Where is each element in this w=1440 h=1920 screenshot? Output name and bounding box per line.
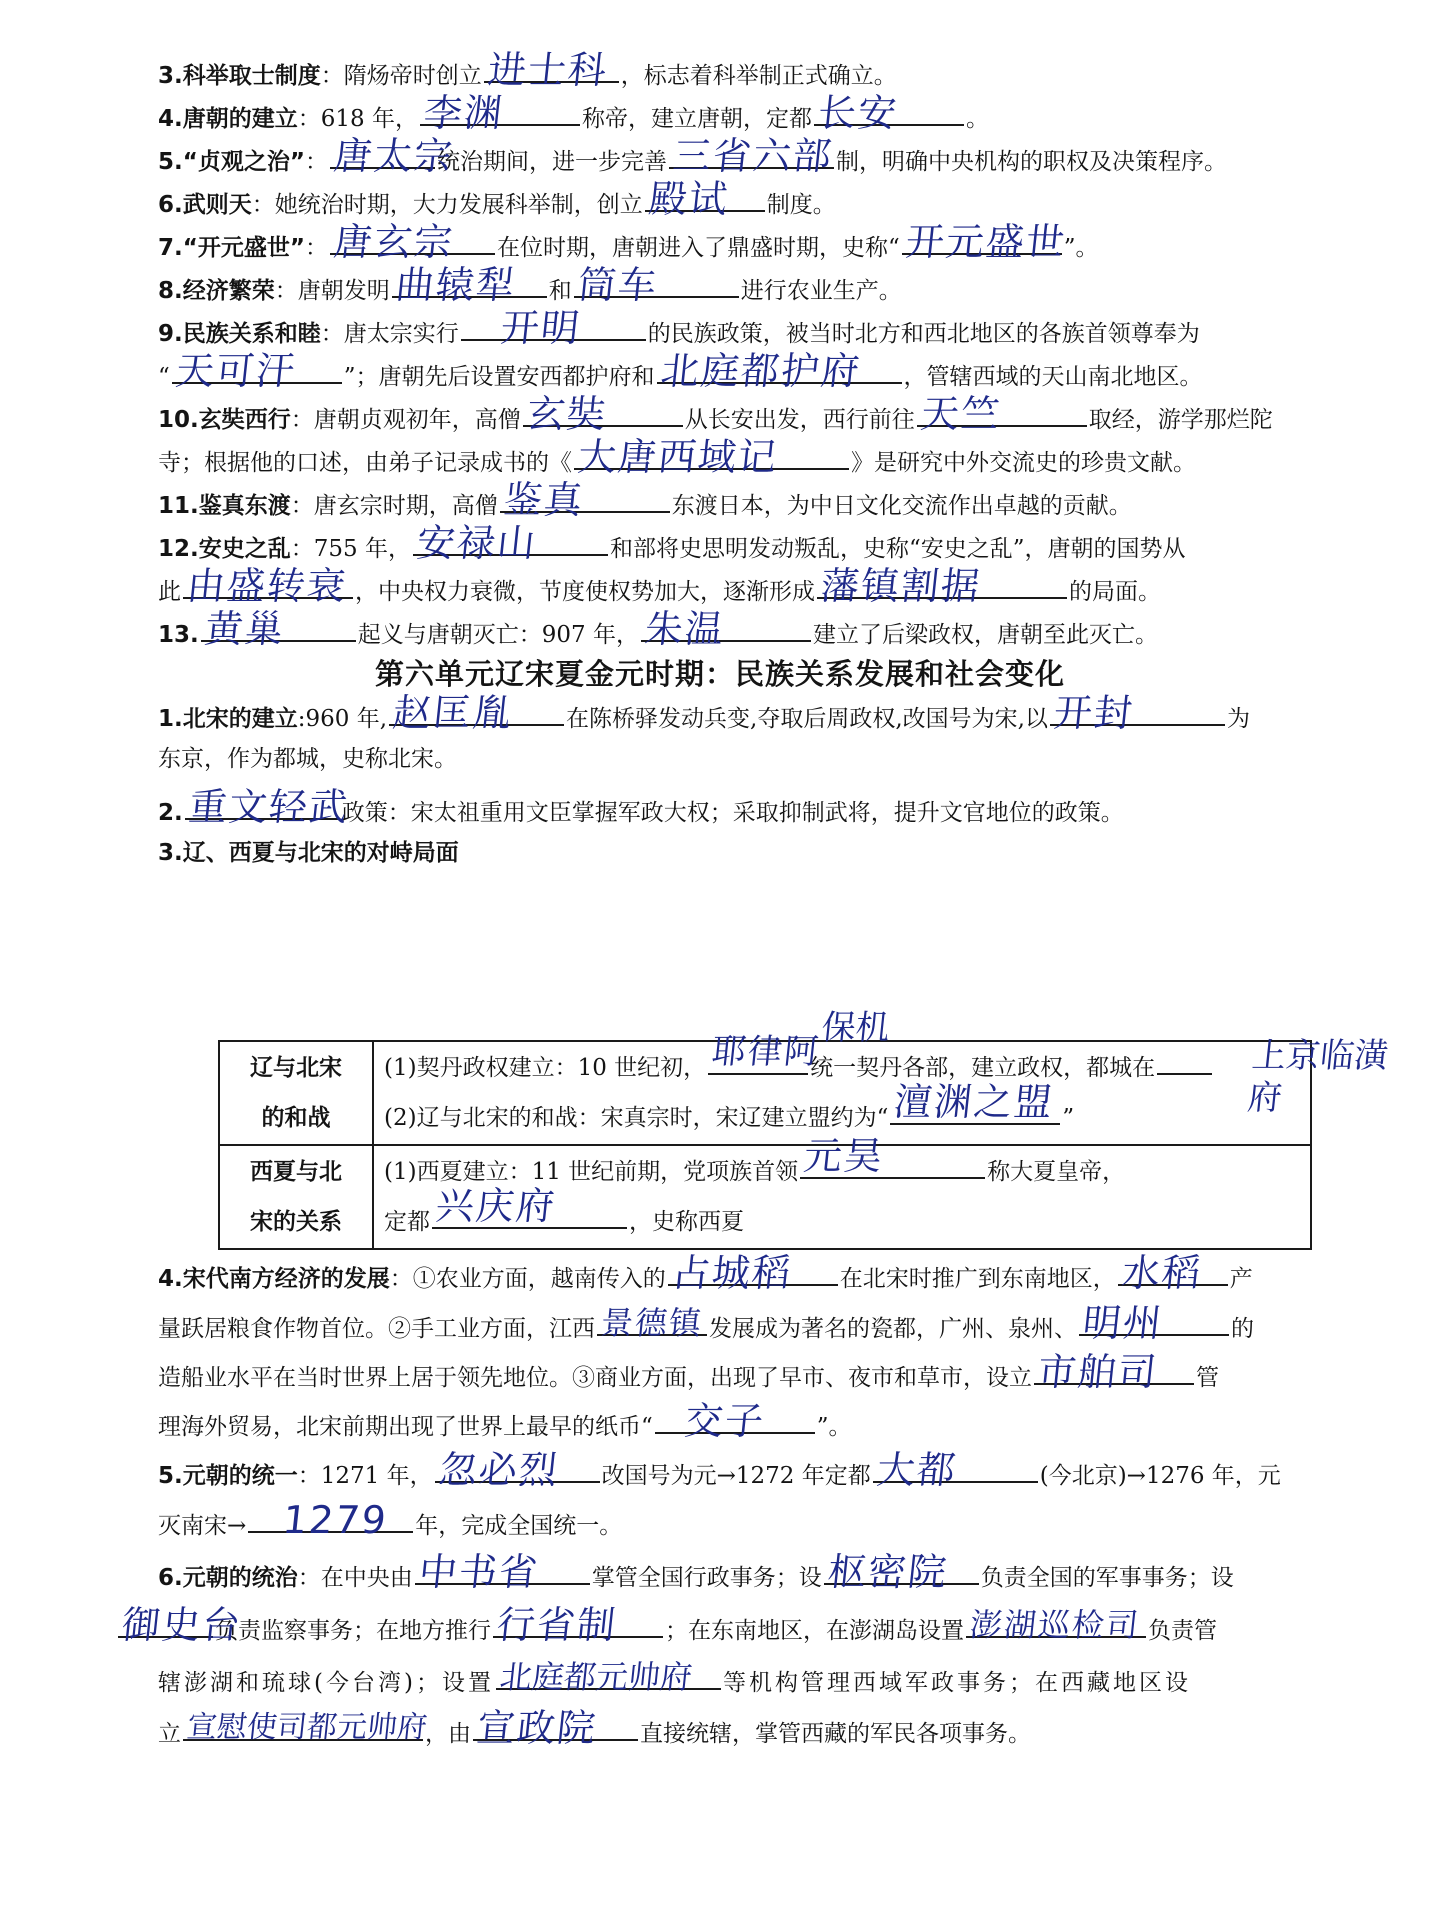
table-row: 辽与北宋 的和战 (1)契丹政权建立：10 世纪初，耶律阿统一契丹各部，建立政权…: [219, 1041, 1311, 1145]
row-label-xixia: 西夏与北 宋的关系: [219, 1145, 373, 1249]
item-6-continued-1: 御史台负责监察事务；在地方推行行省制；在东南地区，在澎湖岛设置澎湖巡检司负责管: [158, 1610, 1392, 1646]
answer-blank[interactable]: 天竺: [917, 399, 1087, 427]
item-4-tang-founding: 4.唐朝的建立：618 年，李渊称帝，建立唐朝，定都长安。: [158, 98, 1392, 134]
item-4-continued-3: 理海外贸易，北宋前期出现了世界上最早的纸币“交子”。: [158, 1406, 1392, 1442]
item-6-continued-2: 辖澎湖和琉球(今台湾)；设置北庭都元帅府等机构管理西域军政事务；在西藏地区设: [158, 1662, 1392, 1698]
item-10-xuanzang: 10.玄奘西行：唐朝贞观初年，高僧玄奘从长安出发，西行前往天竺取经，游学那烂陀: [158, 399, 1392, 435]
liao-line-1: (1)契丹政权建立：10 世纪初，耶律阿统一契丹各部，建立政权，都城在: [384, 1043, 1300, 1093]
answer-blank[interactable]: 李渊: [420, 98, 580, 126]
item-8-economy: 8.经济繁荣：唐朝发明曲辕犁和筒车进行农业生产。: [158, 270, 1392, 306]
answer-blank[interactable]: 兴庆府: [432, 1201, 627, 1229]
item-12-continued: 此由盛转衰，中央权力衰微，节度使权势加大，逐渐形成藩镇割据的局面。: [158, 571, 1392, 607]
answer-blank[interactable]: 中书省: [415, 1557, 590, 1585]
row-label-liao: 辽与北宋 的和战: [219, 1041, 373, 1145]
answer-blank[interactable]: 藩镇割据: [817, 571, 1067, 599]
answer-blank[interactable]: 殿试: [645, 184, 765, 212]
answer-blank[interactable]: 市舶司: [1034, 1357, 1194, 1385]
answer-blank[interactable]: 耶律阿: [708, 1047, 808, 1075]
answer-blank[interactable]: 天可汗: [172, 356, 342, 384]
item-6-yuan-rule: 6.元朝的统治：在中央由中书省掌管全国行政事务；设枢密院负责全国的军事事务；设: [158, 1557, 1392, 1593]
answer-blank[interactable]: 朱温: [641, 614, 811, 642]
answer-blank[interactable]: 筒车: [574, 270, 739, 298]
answer-blank[interactable]: 忽必烈: [435, 1455, 600, 1483]
answer-blank[interactable]: 宣政院: [473, 1713, 638, 1741]
answer-blank[interactable]: 开元盛世: [902, 227, 1062, 255]
answer-blank[interactable]: 宣慰使司都元帅府: [183, 1713, 423, 1741]
answer-blank[interactable]: 北庭都元帅府: [496, 1662, 721, 1690]
item-7-kaiyuan: 7.“开元盛世”：唐玄宗在位时期，唐朝进入了鼎盛时期，史称“开元盛世”。: [158, 227, 1392, 263]
item-5-continued: 灭南宋→1279年，完成全国统一。: [158, 1505, 1392, 1541]
item-2-policy: 2.重文轻武政策：宋太祖重用文臣掌握军政大权；采取抑制武将，提升文官地位的政策。: [158, 792, 1392, 828]
item-13-huangchao: 13.黄巢起义与唐朝灭亡：907 年，朱温建立了后梁政权，唐朝至此灭亡。: [158, 614, 1392, 650]
item-9-continued: “天可汗”；唐朝先后设置安西都护府和北庭都护府，管辖西域的天山南北地区。: [158, 356, 1392, 392]
item-4-southern-economy: 4.宋代南方经济的发展：①农业方面，越南传入的占城稻在北宋时推广到东南地区，水稻…: [158, 1258, 1392, 1294]
handwriting-overflow-top: 保机: [819, 1000, 892, 1049]
answer-blank[interactable]: 澶渊之盟: [890, 1097, 1060, 1125]
answer-blank[interactable]: 交子: [655, 1406, 815, 1434]
item-4-continued-2: 造船业水平在当时世界上居于领先地位。③商业方面，出现了早市、夜市和草市，设立市舶…: [158, 1357, 1392, 1393]
answer-blank[interactable]: 澎湖巡检司: [966, 1610, 1146, 1638]
answer-blank[interactable]: 占城稻: [668, 1258, 838, 1286]
answer-blank[interactable]: 行省制: [493, 1610, 663, 1638]
answer-blank[interactable]: 鉴真: [500, 485, 670, 513]
item-6-wuzetian: 6.武则天：她统治时期，大力发展科举制，创立殿试制度。: [158, 184, 1392, 220]
row-content-xixia: (1)西夏建立：11 世纪前期，党项族首领元昊称大夏皇帝， 定都兴庆府，史称西夏: [373, 1145, 1311, 1249]
answer-blank[interactable]: 唐玄宗: [330, 227, 495, 255]
item-6-continued-3: 立宣慰使司都元帅府，由宣政院直接统辖，掌管西藏的军民各项事务。: [158, 1713, 1392, 1749]
answer-blank[interactable]: 唐太宗: [330, 141, 435, 169]
item-12-anshi: 12.安史之乱：755 年，安禄山和部将史思明发动叛乱，史称“安史之乱”，唐朝的…: [158, 528, 1392, 564]
item-10-continued: 寺；根据他的口述，由弟子记录成书的《大唐西域记》是研究中外交流史的珍贵文献。: [158, 442, 1392, 478]
answer-blank[interactable]: 枢密院: [824, 1557, 979, 1585]
item-5-zhenguan: 5.“贞观之治”：唐太宗统治期间，进一步完善三省六部制，明确中央机构的职权及决策…: [158, 141, 1392, 177]
answer-blank[interactable]: 北庭都护府: [657, 356, 902, 384]
answer-blank[interactable]: 曲辕犁: [392, 270, 547, 298]
table-row: 西夏与北 宋的关系 (1)西夏建立：11 世纪前期，党项族首领元昊称大夏皇帝， …: [219, 1145, 1311, 1249]
item-3-keju: 3.科举取士制度：隋炀帝时创立进士科，标志着科举制正式确立。: [158, 55, 1392, 91]
answer-blank[interactable]: 元昊: [800, 1151, 985, 1179]
answer-blank[interactable]: 御史台: [118, 1610, 213, 1638]
answer-blank[interactable]: 开封: [1050, 698, 1225, 726]
answer-blank[interactable]: 进士科: [484, 55, 619, 83]
item-9-ethnic-relations: 9.民族关系和睦：唐太宗实行开明的民族政策，被当时北方和西北地区的各族首领尊奉为: [158, 313, 1392, 349]
item-5-yuan-unification: 5.元朝的统一：1271 年，忽必烈改国号为元→1272 年定都大都(今北京)→…: [158, 1455, 1392, 1491]
answer-blank[interactable]: 明州: [1079, 1308, 1229, 1336]
item-3-title: 3.辽、西夏与北宋的对峙局面: [158, 838, 1392, 868]
answer-blank[interactable]: 开明: [461, 313, 646, 341]
item-4-continued-1: 量跃居粮食作物首位。②手工业方面，江西景德镇发展成为著名的瓷都，广州、泉州、明州…: [158, 1308, 1392, 1344]
handwriting-overflow-right: 上京临潢府: [1246, 1035, 1405, 1119]
answer-blank[interactable]: 玄奘: [523, 399, 683, 427]
answer-blank[interactable]: 大都: [873, 1455, 1038, 1483]
answer-blank[interactable]: 1279: [248, 1505, 413, 1533]
answer-blank[interactable]: 黄巢: [201, 614, 356, 642]
item-1-northern-song: 1.北宋的建立:960 年,赵匡胤在陈桥驿发动兵变,夺取后周政权,改国号为宋,以…: [158, 698, 1392, 734]
answer-blank[interactable]: 景德镇: [597, 1308, 707, 1336]
xixia-line-2: 定都兴庆府，史称西夏: [384, 1197, 1300, 1247]
answer-blank[interactable]: 赵匡胤: [389, 698, 564, 726]
answer-blank[interactable]: 长安: [814, 98, 964, 126]
answer-blank[interactable]: 由盛转衰: [183, 571, 353, 599]
row-content-liao: (1)契丹政权建立：10 世纪初，耶律阿统一契丹各部，建立政权，都城在 (2)辽…: [373, 1041, 1311, 1145]
unit-heading: 第六单元辽宋夏金元时期：民族关系发展和社会变化: [0, 652, 1440, 693]
item-11-jianzhen: 11.鉴真东渡：唐玄宗时期，高僧鉴真东渡日本，为中日文化交流作出卓越的贡献。: [158, 485, 1392, 521]
item-1-continued: 东京，作为都城，史称北宋。: [158, 744, 1392, 774]
answer-blank[interactable]: 安禄山: [413, 528, 608, 556]
liao-xixia-song-table: 辽与北宋 的和战 (1)契丹政权建立：10 世纪初，耶律阿统一契丹各部，建立政权…: [218, 1040, 1312, 1250]
answer-blank[interactable]: 三省六部: [669, 141, 834, 169]
answer-blank[interactable]: [1157, 1047, 1212, 1075]
answer-blank[interactable]: 水稻: [1118, 1258, 1228, 1286]
answer-blank[interactable]: 重文轻武: [185, 792, 340, 820]
answer-blank[interactable]: 大唐西域记: [574, 442, 849, 470]
